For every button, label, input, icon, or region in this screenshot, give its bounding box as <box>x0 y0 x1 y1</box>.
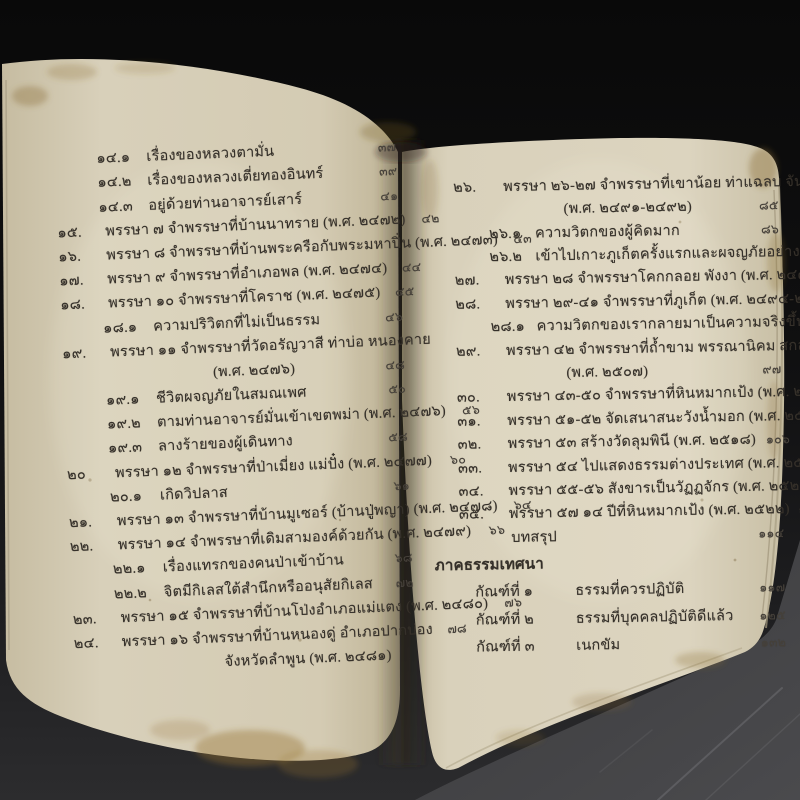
entry-title: (พ.ศ. ๒๔๙๑-๒๔๙๒) <box>563 196 692 221</box>
entry-page-number: ๑๒๕ <box>752 604 788 627</box>
entry-number: ๒๔. <box>73 631 122 656</box>
entry-page-number: ๙๗ <box>747 358 783 381</box>
right-page-toc: ๒๖.พรรษา ๒๖-๒๗ จำพรรษาที่เขาน้อย ท่าแฉลบ… <box>448 170 788 659</box>
entry-title: พรรษา ๕๓ สร้างวัดลุมพินี (พ.ศ. ๒๕๑๘) <box>507 429 756 456</box>
entry-page-number: ๑๑๗ <box>751 576 787 599</box>
entry-number: ๒๙. <box>456 340 506 363</box>
entry-page-number: ๔๘ <box>371 353 408 377</box>
entry-number: ๒๓. <box>72 607 121 632</box>
entry-title: (พ.ศ. ๒๕๐๗) <box>566 361 648 385</box>
entry-page-number: ๑๐๙ <box>790 498 800 521</box>
entry-number: ๒๒.๒ <box>113 581 164 606</box>
entry-page-number: ๔๑ <box>364 184 401 208</box>
entry-page-number: ๕๘ <box>373 426 410 450</box>
entry-number: ๒๒.๑ <box>113 557 164 582</box>
entry-number: ๑๖. <box>58 245 107 270</box>
entry-number: ๓๔. <box>458 480 508 503</box>
entry-number: ๒๘. <box>455 293 505 316</box>
entry-number: ๒๗. <box>455 269 505 292</box>
entry-number: ๒๐.๑ <box>110 484 161 509</box>
entry-page-number: ๑๐๖ <box>756 428 792 451</box>
entry-number: ๑๔.๒ <box>97 170 148 195</box>
entry-title: ภาคธรรมเทศนา <box>435 553 545 577</box>
entry-number: ๑๙.๒ <box>107 412 158 437</box>
entry-number: ๓๑. <box>457 410 507 433</box>
entry-number: ๒๒. <box>70 535 119 560</box>
entry-number: ๑๙. <box>62 341 111 366</box>
entry-page-number: ๔๕ <box>380 280 417 304</box>
left-page-toc: ๑๔.๑เรื่องของหลวงตามั่น๓๗๑๔.๒เรื่องของหล… <box>44 135 419 681</box>
entry-page-number: ๔๒ <box>405 207 442 231</box>
entry-page-number: ๓๗ <box>362 136 399 160</box>
entry-page-number: ๔๖ <box>369 305 406 329</box>
entry-number: ๑๘.๑ <box>103 315 154 340</box>
entry-number: ๒๘.๑ <box>490 316 536 339</box>
entry-page-number: ๘๖ <box>745 218 781 241</box>
entry-number: ๑๘. <box>60 293 109 318</box>
entry-page-number: ๗๒ <box>379 571 416 595</box>
entry-page-number: ๕๐ <box>371 378 408 402</box>
entry-number: ๓๒. <box>458 433 508 456</box>
entry-number: ๑๗. <box>59 269 108 294</box>
entry-number: ๓๓. <box>458 457 508 480</box>
entry-title: (พ.ศ. ๒๔๗๖) <box>213 358 296 384</box>
entry-page-number: ๑๑๔ <box>750 522 786 545</box>
entry-title: เข้าไปเกาะภูเก็ตครั้งแรกและผจญภัยอย่างร้… <box>535 240 800 268</box>
entry-page-number: ๓๙ <box>363 160 400 184</box>
entry-page-number: ๑๓๒ <box>752 631 788 654</box>
entry-title: เกิดวิปลาส <box>160 482 229 508</box>
entry-page-number: ๖๑ <box>375 474 412 498</box>
entry-number: ๒๖.๑ <box>489 222 535 245</box>
entry-number: ๑๕. <box>57 220 106 245</box>
book-photo: ๑๔.๑เรื่องของหลวงตามั่น๓๗๑๔.๒เรื่องของหล… <box>0 0 800 800</box>
entry-number: ๒๐ <box>67 462 116 487</box>
entry-title: ธรรมที่บุคคลปฏิบัติดีแล้ว <box>576 605 734 630</box>
entry-title: ธรรมที่ควรปฏิบัติ <box>575 578 685 602</box>
entry-number: ๒๖.๒ <box>489 246 535 269</box>
entry-number: ๒๑. <box>69 510 118 535</box>
entry-number: ๑๔.๓ <box>98 194 149 219</box>
entry-title: เนกขัม <box>576 634 621 657</box>
entry-number: กัณฑ์ที่ ๑ <box>475 580 575 604</box>
entry-number: ๑๙.๓ <box>108 436 159 461</box>
entry-number: กัณฑ์ที่ ๓ <box>476 635 576 659</box>
entry-title: ความวิตกของเรากลายมาเป็นความจริงขึ้น <box>536 311 800 338</box>
entry-number: ๓๐. <box>457 386 507 409</box>
entry-number: ๓๕. <box>459 503 509 526</box>
entry-page-number: ๘๕ <box>744 194 780 217</box>
entry-number: ๒๖. <box>453 176 503 199</box>
entry-page-number: ๖๘ <box>378 547 415 571</box>
entry-number: ๑๙.๑ <box>106 388 157 413</box>
entry-page-number: ๔๔ <box>387 256 424 280</box>
entry-title: ความวิตกของผู้คิดมาก <box>535 220 680 245</box>
entry-number: ๑๔.๑ <box>96 146 147 171</box>
entry-number: กัณฑ์ที่ ๒ <box>476 608 576 632</box>
entry-title: บทสรุป <box>511 526 557 549</box>
right-toc-row: กัณฑ์ที่ ๓เนกขัม๑๓๒ <box>456 626 788 659</box>
